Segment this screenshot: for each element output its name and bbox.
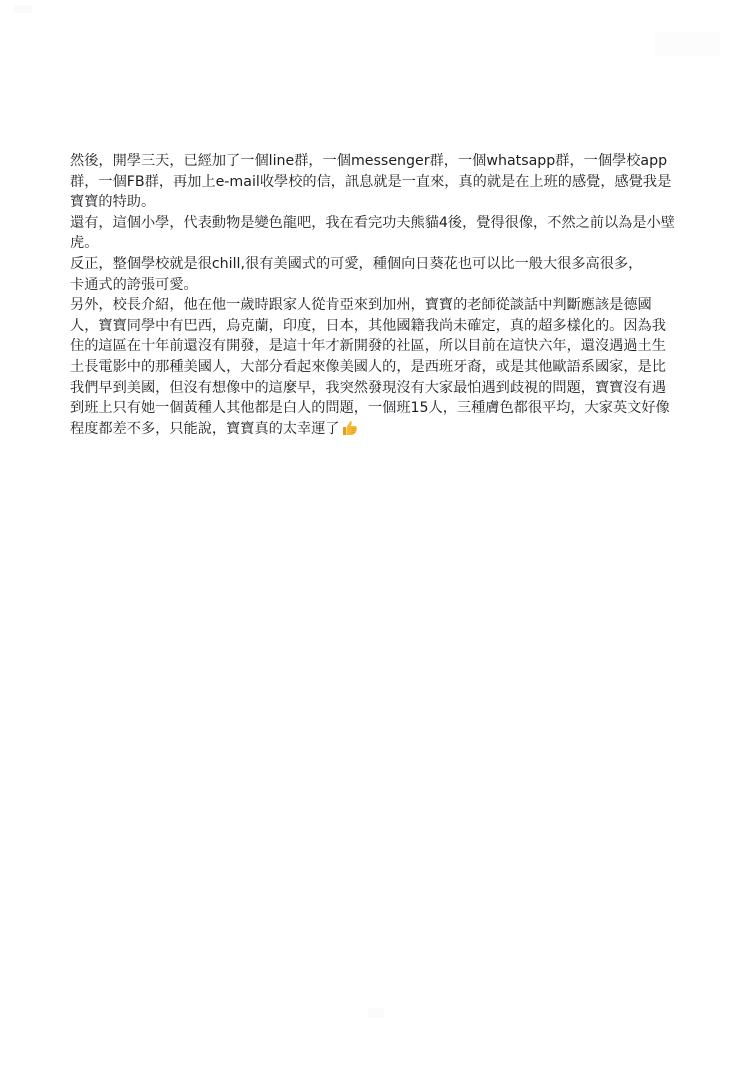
paragraph-cartoon-cute: 卡通式的誇張可愛。	[70, 275, 680, 296]
paragraph-school-mascot: 還有，這個小學，代表動物是變色龍吧，我在看完功夫熊貓4後，覺得很像，不然之前以為…	[70, 213, 680, 254]
thumbs-up-icon	[341, 419, 358, 436]
paragraph-group-chats: 然後，開學三天，已經加了一個line群，一個messenger群，一個whats…	[70, 151, 680, 213]
paragraph-school-vibe: 反正，整個學校就是很chill,很有美國式的可愛，種個向日葵花也可以比一般大很多…	[70, 254, 680, 275]
post-body: 然後，開學三天，已經加了一個line群，一個messenger群，一個whats…	[70, 151, 680, 439]
paragraph-diversity-text: 另外，校長介紹，他在他一歲時跟家人從肯亞來到加州，寶寶的老師從談話中判斷應該是德…	[70, 297, 670, 437]
faint-artifact-bottom	[368, 1008, 384, 1018]
faint-artifact-top-left	[14, 5, 32, 13]
paragraph-diversity: 另外，校長介紹，他在他一歲時跟家人從肯亞來到加州，寶寶的老師從談話中判斷應該是德…	[70, 295, 680, 439]
faint-artifact-top-right	[655, 32, 720, 56]
